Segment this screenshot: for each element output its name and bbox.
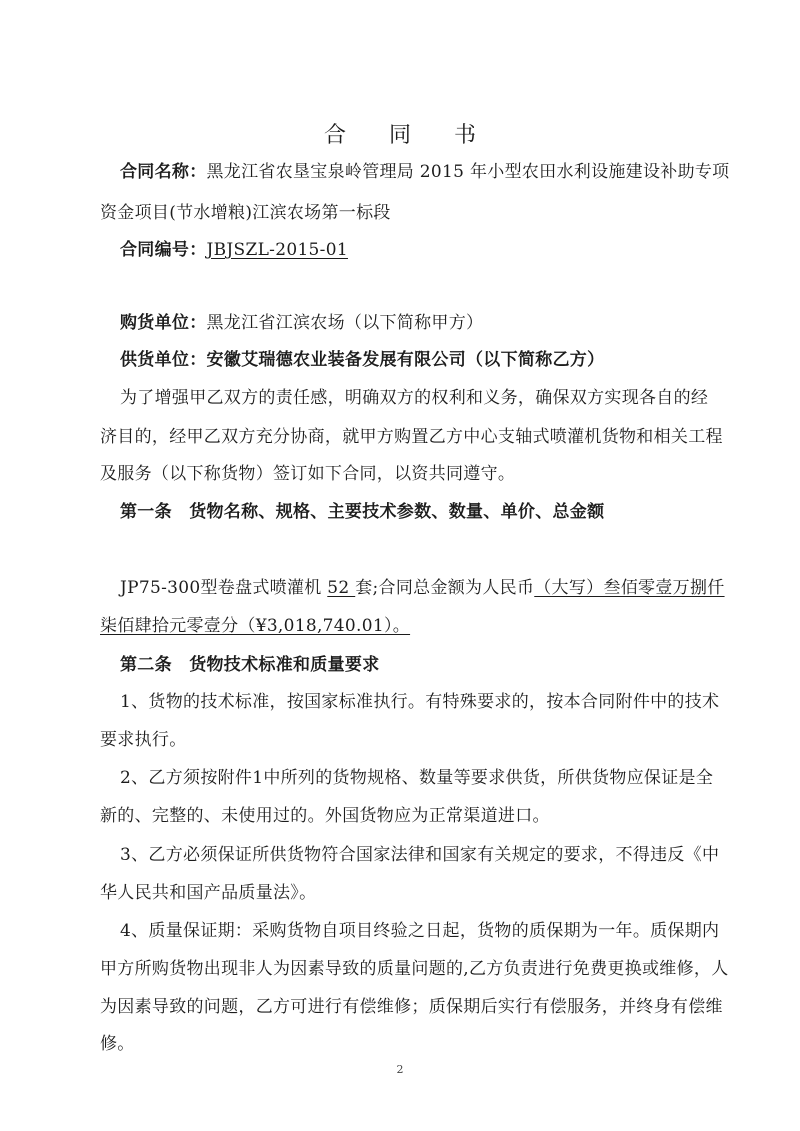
clause-2-line-2: 新的、完整的、未使用过的。外国货物应为正常渠道进口。 — [100, 806, 720, 826]
article-1-item-line: JP75-300型卷盘式喷灌机 52 套;合同总金额为人民币（大写）叁佰零壹万捌… — [120, 578, 720, 598]
preamble-line-1: 为了增强甲乙双方的责任感，明确双方的权利和义务，确保双方实现各自的经 — [120, 388, 720, 408]
article-1-amount-line: 柒佰肆拾元零壹分（¥3,018,740.01）。 — [100, 616, 720, 636]
contract-page: 合 同 书 合同名称：黑龙江省农垦宝泉岭管理局 2015 年小型农田水利设施建设… — [0, 0, 800, 1131]
item-total-label: 套;合同总金额为人民币 — [355, 578, 534, 598]
amount-in-words-part2: 柒佰肆拾元零壹分（¥3,018,740.01）。 — [100, 616, 410, 636]
supplier-label: 供货单位： — [120, 350, 207, 370]
clause-3-line-2: 华人民共和国产品质量法》。 — [100, 883, 720, 903]
clause-4-line-4: 修。 — [100, 1034, 720, 1054]
page-number: 2 — [0, 1063, 800, 1076]
contract-number-value: JBJSZL-2015-01 — [207, 240, 348, 260]
contract-number-line: 合同编号：JBJSZL-2015-01 — [120, 240, 720, 260]
item-quantity: 52 — [327, 578, 355, 598]
buyer-value: 黑龙江省江滨农场（以下简称甲方） — [207, 313, 484, 333]
supplier-value: 安徽艾瑞德农业装备发展有限公司（以下简称乙方） — [207, 350, 605, 370]
supplier-line: 供货单位：安徽艾瑞德农业装备发展有限公司（以下简称乙方） — [120, 350, 720, 370]
document-title: 合 同 书 — [0, 118, 800, 149]
clause-4-line-2: 甲方所购货物出现非人为因素导致的质量问题的,乙方负责进行免费更换或维修，人 — [100, 959, 720, 979]
amount-in-words-part1: （大写）叁佰零壹万捌仟 — [534, 578, 724, 598]
contract-name-continuation: 资金项目(节水增粮)江滨农场第一标段 — [100, 203, 720, 223]
contract-number-label: 合同编号： — [120, 240, 207, 260]
contract-name-label: 合同名称： — [120, 162, 207, 182]
contract-name-value: 黑龙江省农垦宝泉岭管理局 2015 年小型农田水利设施建设补助专项 — [207, 162, 730, 182]
clause-1-line-2: 要求执行。 — [100, 730, 720, 750]
contract-name-line: 合同名称：黑龙江省农垦宝泉岭管理局 2015 年小型农田水利设施建设补助专项 — [120, 162, 720, 182]
clause-4-line-1: 4、质量保证期：采购货物自项目终验之日起，货物的质保期为一年。质保期内 — [120, 921, 720, 941]
buyer-line: 购货单位：黑龙江省江滨农场（以下简称甲方） — [120, 313, 720, 333]
preamble-line-3: 及服务（以下称货物）签订如下合同，以资共同遵守。 — [100, 464, 720, 484]
clause-4-line-3: 为因素导致的问题，乙方可进行有偿维修；质保期后实行有偿服务，并终身有偿维 — [100, 997, 720, 1017]
buyer-label: 购货单位： — [120, 313, 207, 333]
clause-3-line-1: 3、乙方必须保证所供货物符合国家法律和国家有关规定的要求，不得违反《中 — [120, 845, 720, 865]
item-model: JP75-300型卷盘式喷灌机 — [120, 578, 327, 598]
article-1-heading: 第一条 货物名称、规格、主要技术参数、数量、单价、总金额 — [120, 502, 720, 522]
clause-1-line-1: 1、货物的技术标准，按国家标准执行。有特殊要求的，按本合同附件中的技术 — [120, 692, 720, 712]
preamble-line-2: 济目的，经甲乙双方充分协商，就甲方购置乙方中心支轴式喷灌机货物和相关工程 — [100, 427, 720, 447]
clause-2-line-1: 2、乙方须按附件1中所列的货物规格、数量等要求供货，所供货物应保证是全 — [120, 768, 720, 788]
article-2-heading: 第二条 货物技术标准和质量要求 — [120, 655, 720, 675]
